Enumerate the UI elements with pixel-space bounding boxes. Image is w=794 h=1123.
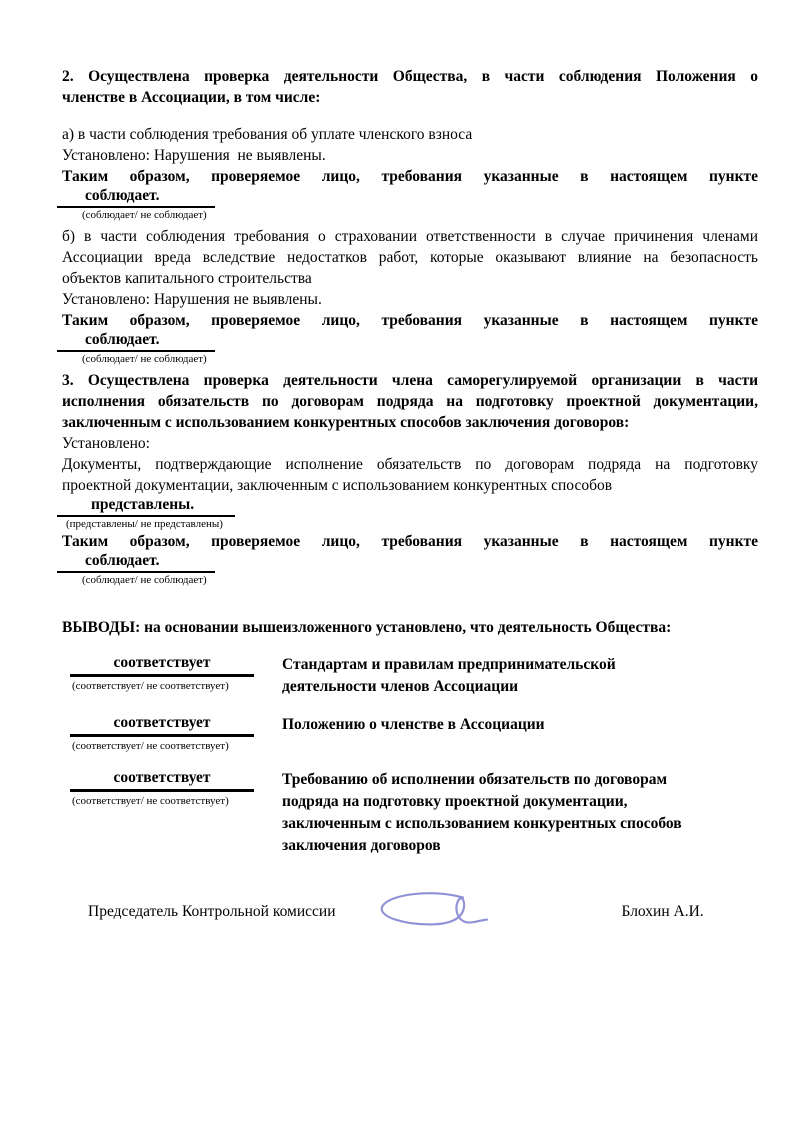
item-b-thus-line: Таким образом, проверяемое лицо, требова… — [62, 310, 758, 331]
section-3-docs-line-2: проектной документации, заключенным с ис… — [62, 475, 758, 496]
item-a-compliance-value: соблюдает. — [57, 187, 215, 208]
signature-row: Председатель Контрольной комиссии Блохин… — [62, 887, 758, 937]
section-2: 2. Осуществлена проверка деятельности Об… — [62, 66, 758, 366]
signer-name: Блохин А.И. — [622, 903, 704, 921]
section-3-compliance-note: (соблюдает/ не соблюдает) — [82, 573, 758, 587]
conclusion-value-block: соответствует (соответствует/ не соответ… — [70, 654, 254, 693]
docs-provided-value: представлены. — [57, 496, 235, 517]
conclusion-note: (соответствует/ не соответствует) — [72, 794, 254, 808]
spacer — [62, 587, 758, 617]
item-a-value-row: соблюдает. — [62, 187, 758, 208]
item-b-established: Установлено: Нарушения не выявлены. — [62, 289, 758, 310]
docs-provided-note: (представлены/ не представлены) — [66, 517, 758, 531]
section-3-established: Установлено: — [62, 433, 758, 454]
conclusion-subject: Требованию об исполнении обязательств по… — [282, 769, 682, 857]
conclusion-subject-line: заключенным с использованием конкурентны… — [282, 813, 682, 835]
conclusion-subject-line: Положению о членстве в Ассоциации — [282, 714, 545, 736]
conclusions-heading: ВЫВОДЫ: на основании вышеизложенного уст… — [62, 617, 758, 638]
conclusions-section: ВЫВОДЫ: на основании вышеизложенного уст… — [62, 617, 758, 857]
section-3-thus-line: Таким образом, проверяемое лицо, требова… — [62, 531, 758, 552]
item-a-thus-line: Таким образом, проверяемое лицо, требова… — [62, 166, 758, 187]
conclusion-value-block: соответствует (соответствует/ не соответ… — [70, 769, 254, 808]
conclusion-row-standards: соответствует (соответствует/ не соответ… — [62, 654, 758, 698]
item-b-value-row: соблюдает. — [62, 331, 758, 352]
item-b-line-1: б) в части соблюдения требования о страх… — [62, 226, 758, 247]
conclusion-subject: Стандартам и правилам предпринимательско… — [282, 654, 616, 698]
conclusion-note: (соответствует/ не соответствует) — [72, 679, 254, 693]
signature-image — [370, 887, 490, 931]
conclusion-subject-line: заключения договоров — [282, 835, 682, 857]
section-3-heading-line-2: исполнения обязательств по договорам под… — [62, 391, 758, 412]
item-b-line-3: объектов капитального строительства — [62, 268, 758, 289]
item-a-compliance-note: (соблюдает/ не соблюдает) — [82, 208, 758, 222]
spacer — [62, 108, 758, 124]
item-a-established: Установлено: Нарушения не выявлены. — [62, 145, 758, 166]
item-a-intro: а) в части соблюдения требования об упла… — [62, 124, 758, 145]
conclusion-value: соответствует — [70, 714, 254, 737]
item-b-compliance-value: соблюдает. — [57, 331, 215, 352]
section-2-heading-line-1: 2. Осуществлена проверка деятельности Об… — [62, 66, 758, 87]
section-3-docs-value-row: представлены. — [62, 496, 758, 517]
conclusion-row-membership: соответствует (соответствует/ не соответ… — [62, 714, 758, 753]
section-2-item-b: б) в части соблюдения требования о страх… — [62, 226, 758, 366]
conclusion-subject-line: деятельности членов Ассоциации — [282, 676, 616, 698]
section-3-docs-line-1: Документы, подтверждающие исполнение обя… — [62, 454, 758, 475]
section-2-item-a: а) в части соблюдения требования об упла… — [62, 124, 758, 222]
conclusion-subject-line: Требованию об исполнении обязательств по… — [282, 769, 682, 791]
section-3-heading-line-1: 3. Осуществлена проверка деятельности чл… — [62, 370, 758, 391]
conclusion-note: (соответствует/ не соответствует) — [72, 739, 254, 753]
conclusion-value: соответствует — [70, 654, 254, 677]
conclusion-subject-line: подряда на подготовку проектной документ… — [282, 791, 682, 813]
conclusion-subject-line: Стандартам и правилам предпринимательско… — [282, 654, 616, 676]
section-2-heading-line-2: членстве в Ассоциации, в том числе: — [62, 87, 758, 108]
spacer — [62, 638, 758, 654]
conclusion-value-block: соответствует (соответствует/ не соответ… — [70, 714, 254, 753]
section-3-value-row: соблюдает. — [62, 552, 758, 573]
signer-title: Председатель Контрольной комиссии — [88, 903, 336, 921]
document-page: 2. Осуществлена проверка деятельности Об… — [0, 0, 794, 1123]
section-3: 3. Осуществлена проверка деятельности чл… — [62, 370, 758, 587]
section-3-compliance-value: соблюдает. — [57, 552, 215, 573]
conclusion-value: соответствует — [70, 769, 254, 792]
item-b-line-2: Ассоциации вреда вследствие недостатков … — [62, 247, 758, 268]
section-3-heading-line-3: заключенным с использованием конкурентны… — [62, 412, 758, 433]
conclusion-row-contracts: соответствует (соответствует/ не соответ… — [62, 769, 758, 857]
item-b-compliance-note: (соблюдает/ не соблюдает) — [82, 352, 758, 366]
conclusion-subject: Положению о членстве в Ассоциации — [282, 714, 545, 736]
